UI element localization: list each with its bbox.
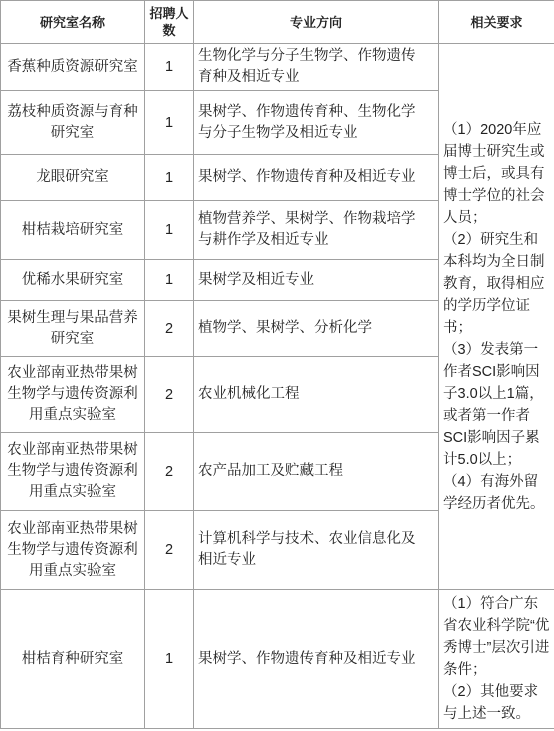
major-cell: 生物化学与分子生物学、作物遗传育种及相近专业	[194, 44, 439, 91]
requirement-item: （1）符合广东省农业科学院“优秀博士”层次引进条件；	[443, 593, 551, 681]
major-cell: 计算机科学与技术、农业信息化及相近专业	[194, 511, 439, 590]
major-cell: 果树学、作物遗传育种及相近专业	[194, 155, 439, 201]
major-cell: 果树学、作物遗传育种及相近专业	[194, 590, 439, 729]
lab-name-cell: 香蕉种质资源研究室	[1, 44, 145, 91]
count-cell: 1	[145, 260, 194, 301]
lab-name-cell: 龙眼研究室	[1, 155, 145, 201]
header-cell-requirements: 相关要求	[439, 1, 554, 44]
recruitment-table: 研究室名称 招聘人数 专业方向 相关要求 香蕉种质资源研究室 1 生物化学与分子…	[0, 0, 554, 729]
major-cell: 植物学、果树学、分析化学	[194, 301, 439, 357]
requirement-item: （2）其他要求与上述一致。	[443, 681, 551, 725]
header-cell-major: 专业方向	[194, 1, 439, 44]
header-row: 研究室名称 招聘人数 专业方向 相关要求	[1, 1, 554, 44]
table-row: 柑桔育种研究室 1 果树学、作物遗传育种及相近专业 （1）符合广东省农业科学院“…	[1, 590, 554, 729]
page: 研究室名称 招聘人数 专业方向 相关要求 香蕉种质资源研究室 1 生物化学与分子…	[0, 0, 554, 731]
requirement-item: （3）发表第一作者SCI影响因子3.0以上1篇，或者第一作者SCI影响因子累计5…	[443, 339, 551, 471]
lab-name-cell: 农业部南亚热带果树生物学与遗传资源利用重点实验室	[1, 511, 145, 590]
major-cell: 农业机械化工程	[194, 357, 439, 433]
lab-name-cell: 优稀水果研究室	[1, 260, 145, 301]
major-cell: 果树学、作物遗传育种、生物化学与分子生物学及相近专业	[194, 91, 439, 155]
count-cell: 1	[145, 91, 194, 155]
major-cell: 果树学及相近专业	[194, 260, 439, 301]
lab-name-cell: 荔枝种质资源与育种研究室	[1, 91, 145, 155]
requirement-item: （1）2020年应届博士研究生或博士后，或具有博士学位的社会人员；	[443, 119, 551, 229]
header-cell-count: 招聘人数	[145, 1, 194, 44]
major-cell: 植物营养学、果树学、作物栽培学与耕作学及相近专业	[194, 201, 439, 260]
requirements-cell-group1: （1）2020年应届博士研究生或博士后，或具有博士学位的社会人员； （2）研究生…	[439, 44, 554, 590]
count-cell: 2	[145, 511, 194, 590]
count-cell: 1	[145, 590, 194, 729]
requirement-item: （2）研究生和本科均为全日制教育，取得相应的学历学位证书；	[443, 229, 551, 339]
count-cell: 1	[145, 155, 194, 201]
lab-name-cell: 柑桔栽培研究室	[1, 201, 145, 260]
requirements-cell-group2: （1）符合广东省农业科学院“优秀博士”层次引进条件； （2）其他要求与上述一致。	[439, 590, 554, 729]
major-cell: 农产品加工及贮藏工程	[194, 433, 439, 511]
lab-name-cell: 农业部南亚热带果树生物学与遗传资源利用重点实验室	[1, 433, 145, 511]
table-row: 香蕉种质资源研究室 1 生物化学与分子生物学、作物遗传育种及相近专业 （1）20…	[1, 44, 554, 91]
count-cell: 1	[145, 44, 194, 91]
requirement-item: （4）有海外留学经历者优先。	[443, 471, 551, 515]
count-cell: 2	[145, 301, 194, 357]
header-cell-lab-name: 研究室名称	[1, 1, 145, 44]
count-cell: 1	[145, 201, 194, 260]
count-cell: 2	[145, 357, 194, 433]
lab-name-cell: 果树生理与果品营养研究室	[1, 301, 145, 357]
count-cell: 2	[145, 433, 194, 511]
lab-name-cell: 农业部南亚热带果树生物学与遗传资源利用重点实验室	[1, 357, 145, 433]
lab-name-cell: 柑桔育种研究室	[1, 590, 145, 729]
